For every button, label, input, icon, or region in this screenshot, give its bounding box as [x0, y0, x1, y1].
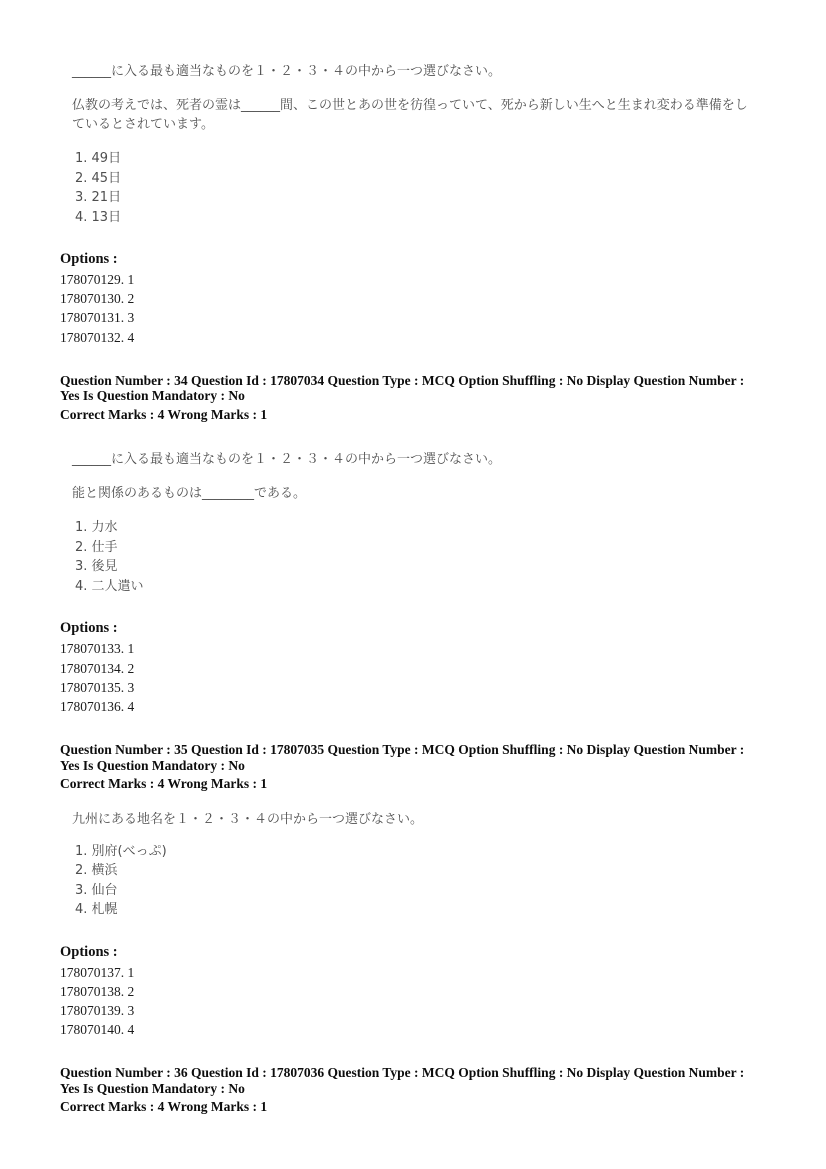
- choice-item: 3. 後見: [75, 557, 760, 577]
- options-label: Options :: [60, 944, 760, 960]
- option-id: 178070139. 3: [60, 1001, 760, 1020]
- question-meta: Question Number : 34 Question Id : 17807…: [60, 373, 760, 404]
- question-body: 仏教の考えでは、死者の霊は______間、この世とあの世を彷徨っていて、死から新…: [72, 96, 748, 134]
- question-instruction: 九州にある地名を１・２・３・４の中から一つ選びなさい。: [72, 812, 760, 827]
- choice-item: 2. 横浜: [75, 861, 760, 881]
- option-id: 178070137. 1: [60, 963, 760, 982]
- option-id: 178070138. 2: [60, 982, 760, 1001]
- option-id: 178070129. 1: [60, 270, 760, 289]
- choice-item: 4. 13日: [75, 208, 760, 228]
- question-section: Question Number : 35 Question Id : 17807…: [60, 742, 760, 1039]
- question-meta: Question Number : 36 Question Id : 17807…: [60, 1065, 760, 1096]
- choice-list: 1. 別府(べっぷ) 2. 横浜 3. 仙台 4. 札幌: [75, 842, 760, 920]
- choice-item: 2. 仕手: [75, 538, 760, 558]
- option-id: 178070134. 2: [60, 659, 760, 678]
- option-id: 178070130. 2: [60, 289, 760, 308]
- options-block: Options : 178070133. 1 178070134. 2 1780…: [60, 620, 760, 716]
- question-section: Question Number : 36 Question Id : 17807…: [60, 1065, 760, 1115]
- choice-item: 4. 札幌: [75, 900, 760, 920]
- question-meta-block: Question Number : 36 Question Id : 17807…: [60, 1065, 760, 1115]
- options-label: Options :: [60, 251, 760, 267]
- choice-list: 1. 49日 2. 45日 3. 21日 4. 13日: [75, 149, 760, 227]
- option-id: 178070131. 3: [60, 308, 760, 327]
- choice-item: 2. 45日: [75, 169, 760, 189]
- option-id: 178070135. 3: [60, 678, 760, 697]
- question-meta-block: Question Number : 34 Question Id : 17807…: [60, 373, 760, 423]
- choice-item: 1. 49日: [75, 149, 760, 169]
- question-instruction: ______に入る最も適当なものを１・２・３・４の中から一つ選びなさい。: [72, 64, 760, 79]
- question-instruction: ______に入る最も適当なものを１・２・３・４の中から一つ選びなさい。: [72, 452, 760, 467]
- choice-list: 1. 力水 2. 仕手 3. 後見 4. 二人遣い: [75, 518, 760, 596]
- question-body: 能と関係のあるものは________である。: [72, 484, 748, 503]
- choice-item: 1. 別府(べっぷ): [75, 842, 760, 862]
- option-id: 178070140. 4: [60, 1020, 760, 1039]
- options-block: Options : 178070129. 1 178070130. 2 1780…: [60, 251, 760, 347]
- question-meta: Question Number : 35 Question Id : 17807…: [60, 742, 760, 773]
- option-id: 178070132. 4: [60, 328, 760, 347]
- choice-item: 3. 仙台: [75, 881, 760, 901]
- choice-item: 3. 21日: [75, 188, 760, 208]
- document-page: ______に入る最も適当なものを１・２・３・４の中から一つ選びなさい。 仏教の…: [0, 0, 826, 1169]
- choice-item: 1. 力水: [75, 518, 760, 538]
- options-block: Options : 178070137. 1 178070138. 2 1780…: [60, 944, 760, 1040]
- question-meta-block: Question Number : 35 Question Id : 17807…: [60, 742, 760, 792]
- question-marks: Correct Marks : 4 Wrong Marks : 1: [60, 776, 760, 792]
- option-id: 178070136. 4: [60, 697, 760, 716]
- question-section: Question Number : 34 Question Id : 17807…: [60, 373, 760, 716]
- question-marks: Correct Marks : 4 Wrong Marks : 1: [60, 407, 760, 423]
- choice-item: 4. 二人遣い: [75, 577, 760, 597]
- question-section: ______に入る最も適当なものを１・２・３・４の中から一つ選びなさい。 仏教の…: [60, 64, 760, 347]
- question-marks: Correct Marks : 4 Wrong Marks : 1: [60, 1099, 760, 1115]
- options-label: Options :: [60, 620, 760, 636]
- option-id: 178070133. 1: [60, 639, 760, 658]
